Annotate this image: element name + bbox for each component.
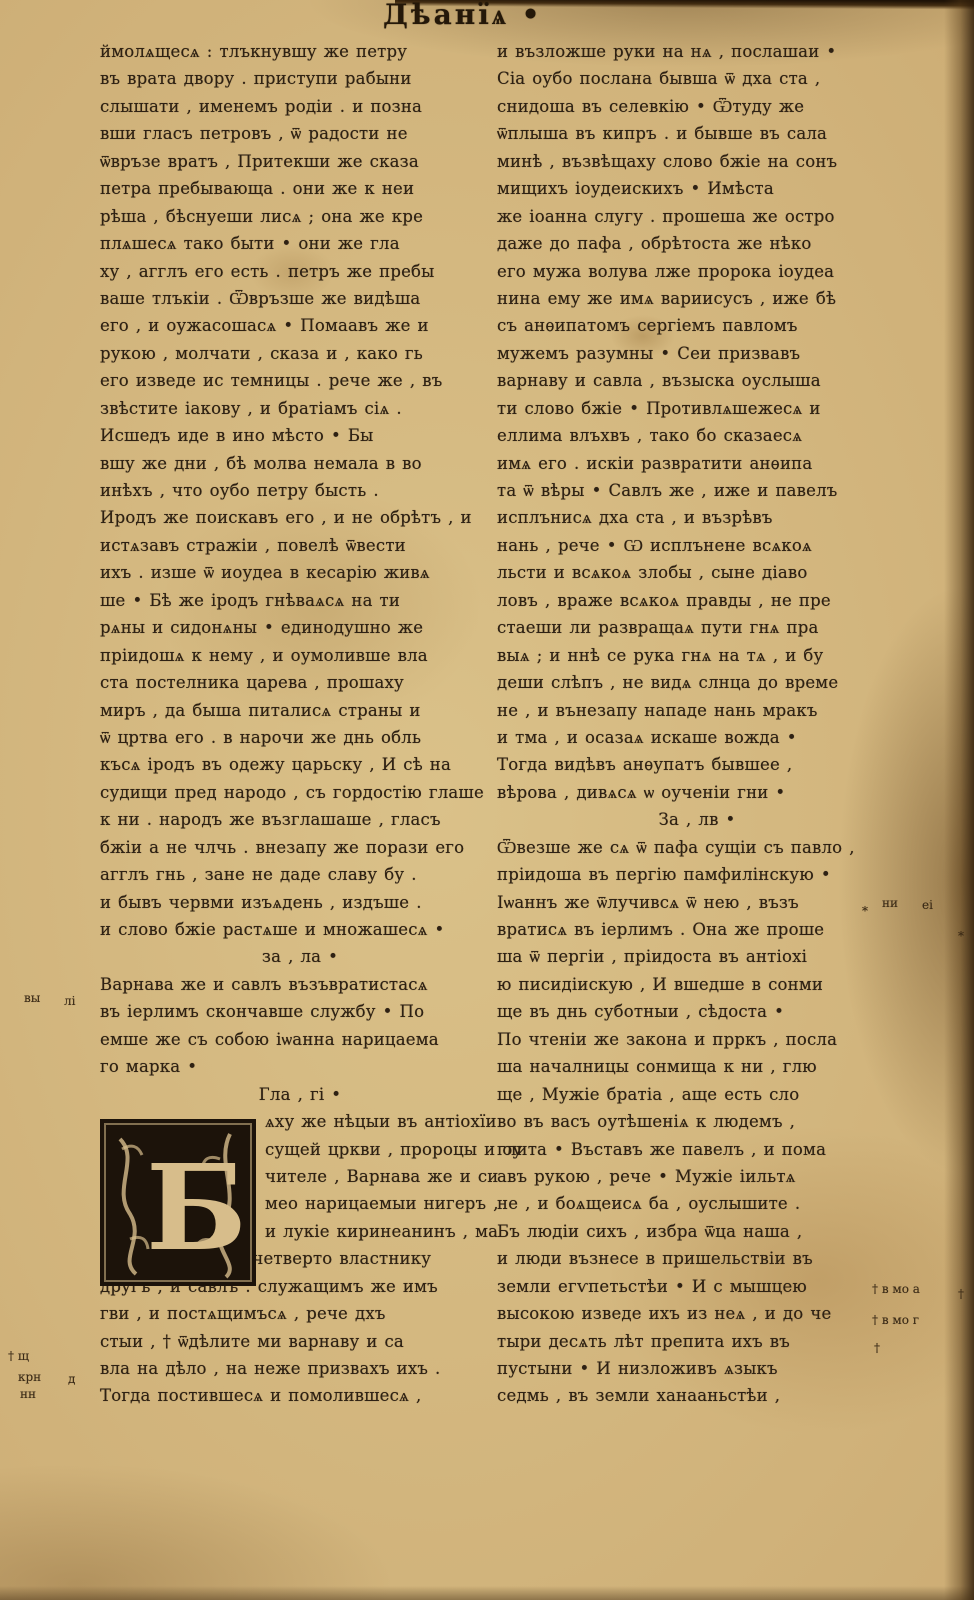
text-line: вратисѧ въ іерлимъ . Она же проше — [497, 916, 897, 943]
text-line: еллима влъхвъ , тако бо сказаесѧ — [497, 422, 897, 449]
text-line: стыи , † ѿдѣлите ми варнаву и са — [100, 1328, 500, 1355]
margin-note: † — [874, 1342, 880, 1355]
drop-cap-initial: Б — [100, 1119, 256, 1286]
text-line: земли егѵпетьстѣи • И с мышцею — [497, 1273, 897, 1300]
text-line: та ѿ вѣры • Савлъ же , иже и павелъ — [497, 477, 897, 504]
text-line: вшу же дни , бѣ молва немала в во — [100, 450, 500, 477]
text-line: не , и боѧщеисѧ ба , оуслышите . — [497, 1190, 897, 1217]
text-line: гви , и постѧщимъсѧ , рече дхъ — [100, 1300, 500, 1327]
text-line: рѣша , бѣснуеши лисѧ ; она же кре — [100, 203, 500, 230]
text-line: съ анѳипатомъ сергіемъ павломъ — [497, 312, 897, 339]
text-line: звѣстите іакову , и братіамъ сіѧ . — [100, 395, 500, 422]
text-line: Ѿвезше же сѧ ѿ пафа сущіи съ павло , — [497, 834, 897, 861]
text-line: глита • Въставъ же павелъ , и пома — [497, 1136, 897, 1163]
text-line: вѣрова , дивѧсѧ ѡ оученіи гни • — [497, 779, 897, 806]
text-line: Іѡаннъ же ѿлучивсѧ ѿ нею , възъ — [497, 889, 897, 916]
text-line: въ врата двору . приступи рабыни — [100, 65, 500, 92]
text-line: седмь , въ земли ханааньстѣи , — [497, 1382, 897, 1409]
margin-note: д — [68, 1373, 75, 1386]
text-line: ваше тлъкіи . Ѿвръзше же видѣша — [100, 285, 500, 312]
drop-cap-woodcut: Б — [100, 1119, 256, 1286]
text-line: ѿвръзе вратъ , Притекши же сказа — [100, 148, 500, 175]
text-line: За , лв • — [497, 806, 897, 833]
manuscript-page: Дѣанїѧ • ймолѧщесѧ : тлъкнувшу же петрув… — [0, 0, 974, 1600]
text-line: варнаву и савла , възыска оуслыша — [497, 367, 897, 394]
text-line: выѧ ; и ннѣ се рука гнѧ на тѧ , и бу — [497, 642, 897, 669]
margin-note: еі — [922, 899, 933, 912]
text-line: даже до пафа , обрѣтоста же нѣко — [497, 230, 897, 257]
text-line: во въ васъ оутѣшеніѧ к людемъ , — [497, 1108, 897, 1135]
text-line: не , и вънезапу нападе нань мракъ — [497, 697, 897, 724]
text-line: ѿ цртва его . в нарочи же днь обль — [100, 724, 500, 751]
margin-note: ни — [882, 897, 898, 910]
margin-note: лі — [64, 995, 75, 1008]
text-line: нань , рече • Ѡ исплънене всѧкоѧ — [497, 532, 897, 559]
text-line: пустыни • И низложивъ ѧзыкъ — [497, 1355, 897, 1382]
text-line: мужемъ разумны • Сеи призвавъ — [497, 340, 897, 367]
text-line: емше же съ собою іѡанна нарицаема — [100, 1026, 500, 1053]
text-line: Исшедъ иде в ино мѣсто • Бы — [100, 422, 500, 449]
text-line: рукою , молчати , сказа и , како гь — [100, 340, 500, 367]
text-line: ти слово бжіе • Противлѧшежесѧ и — [497, 395, 897, 422]
text-line: Тогда видѣвъ анѳупатъ бывшее , — [497, 751, 897, 778]
margin-note: † щ — [8, 1350, 29, 1363]
margin-note: † в мо г — [872, 1314, 919, 1327]
text-line: Гла , гі • — [100, 1081, 500, 1108]
text-line: миръ , да быша питалисѧ страны и — [100, 697, 500, 724]
text-line: минѣ , възвѣщаху слово бжіе на сонъ — [497, 148, 897, 175]
margin-note: * — [958, 930, 964, 943]
margin-note: * — [862, 905, 868, 918]
margin-note: † в мо а — [872, 1283, 920, 1296]
running-title: Дѣанїѧ • — [383, 0, 543, 32]
text-line: деши слѣпъ , не видѧ слнца до време — [497, 669, 897, 696]
text-line: агглъ гнь , зане не даде славу бу . — [100, 861, 500, 888]
margin-note: крн — [18, 1371, 41, 1384]
text-line: го марка • — [100, 1053, 500, 1080]
text-line: же іоанна слугу . прошеша же остро — [497, 203, 897, 230]
text-line: ша началницы сонмища к ни , глю — [497, 1053, 897, 1080]
text-line: его изведе ис темницы . рече же , въ — [100, 367, 500, 394]
text-line: стаеши ли развращаѧ пути гнѧ пра — [497, 614, 897, 641]
page-bottom-edge-shadow — [0, 1586, 974, 1600]
text-line: петра пребывающа . они же к неи — [100, 175, 500, 202]
text-line: мищихъ іоудеискихъ • Имѣста — [497, 175, 897, 202]
text-line: к ни . народъ же възглашаше , гласъ — [100, 806, 500, 833]
text-line: Сіа оубо послана бывша ѿ дха ста , — [497, 65, 897, 92]
text-line: и люди възнесе в пришельствіи въ — [497, 1245, 897, 1272]
text-line: за , ла • — [100, 943, 500, 970]
text-line: и бывъ червми изъѧдень , издъше . — [100, 889, 500, 916]
margin-note: † — [958, 1288, 964, 1301]
text-line: ю писидіискую , И вшедше в сонми — [497, 971, 897, 998]
text-line: высокою изведе ихъ из неѧ , и до че — [497, 1300, 897, 1327]
text-line: снидоша въ селевкію • Ѿтуду же — [497, 93, 897, 120]
text-line: исплънисѧ дха ста , и възрѣвъ — [497, 504, 897, 531]
page-right-edge-shadow — [944, 0, 974, 1600]
text-line: его , и оужасошасѧ • Помаавъ же и — [100, 312, 500, 339]
text-line: имѧ его . искіи развратити анѳипа — [497, 450, 897, 477]
text-line: инѣхъ , что оубо петру бысть . — [100, 477, 500, 504]
text-line: и слово бжіе растѧше и множашесѧ • — [100, 916, 500, 943]
text-line: судищи пред народо , съ гордостію глаше — [100, 779, 500, 806]
text-line: и възложше руки на нѧ , послашаи • — [497, 38, 897, 65]
text-line: льсти и всѧкоѧ злобы , сыне діаво — [497, 559, 897, 586]
text-line: ѿплыша въ кипръ . и бывше въ сала — [497, 120, 897, 147]
text-line: ста постелника царева , прошаху — [100, 669, 500, 696]
text-line: Бъ людіи сихъ , избра ѿца наша , — [497, 1218, 897, 1245]
text-line: ще въ днь суботныи , сѣдоста • — [497, 998, 897, 1025]
text-line: рѧны и сидонѧны • единодушно же — [100, 614, 500, 641]
text-line: ихъ . изше ѿ иоудеа в кесарію живѧ — [100, 559, 500, 586]
text-line: Иродъ же поискавъ его , и не обрѣтъ , и — [100, 504, 500, 531]
text-line: ша ѿ пергіи , пріидоста въ антіохі — [497, 943, 897, 970]
text-line: вши гласъ петровъ , ѿ радости не — [100, 120, 500, 147]
text-line: истѧзавъ стражіи , повелѣ ѿвести — [100, 532, 500, 559]
text-line: нина ему же имѧ вариисусъ , иже бѣ — [497, 285, 897, 312]
text-line: ймолѧщесѧ : тлъкнувшу же петру — [100, 38, 500, 65]
text-line: ху , агглъ его есть . петръ же пребы — [100, 258, 500, 285]
text-line: плѧшесѧ тако быти • они же гла — [100, 230, 500, 257]
text-column-right: и възложше руки на нѧ , послашаи •Сіа оу… — [497, 38, 897, 1410]
text-line: По чтеніи же закона и прркъ , посла — [497, 1026, 897, 1053]
margin-note: вы — [24, 992, 40, 1005]
text-line: авъ рукою , рече • Мужіе іильтѧ — [497, 1163, 897, 1190]
text-line: вла на дѣло , на неже призвахъ ихъ . — [100, 1355, 500, 1382]
text-line: Тогда постившесѧ и помолившесѧ , — [100, 1382, 500, 1409]
text-line: ловъ , враже всѧкоѧ правды , не пре — [497, 587, 897, 614]
svg-text:Б: Б — [146, 1138, 247, 1277]
text-line: късѧ іродъ въ одежу царьску , И сѣ на — [100, 751, 500, 778]
text-line: Варнава же и савлъ възъвратистасѧ — [100, 971, 500, 998]
text-line: пріидошѧ к нему , и оумоливше вла — [100, 642, 500, 669]
text-line: слышати , именемъ родіи . и позна — [100, 93, 500, 120]
text-line: тыри десѧть лѣт препита ихъ въ — [497, 1328, 897, 1355]
text-line: его мужа волува лже пророка іоудеа — [497, 258, 897, 285]
margin-note: нн — [20, 1388, 36, 1401]
text-line: въ іерлимъ скончавше службу • По — [100, 998, 500, 1025]
text-line: ще , Мужіе братіа , аще есть сло — [497, 1081, 897, 1108]
text-line: пріидоша въ пергію памфилінскую • — [497, 861, 897, 888]
text-line: бжіи а не члчь . внезапу же порази его — [100, 834, 500, 861]
text-line: и тма , и осазаѧ искаше вожда • — [497, 724, 897, 751]
text-line: ше • Бѣ же іродъ гнѣваѧсѧ на ти — [100, 587, 500, 614]
